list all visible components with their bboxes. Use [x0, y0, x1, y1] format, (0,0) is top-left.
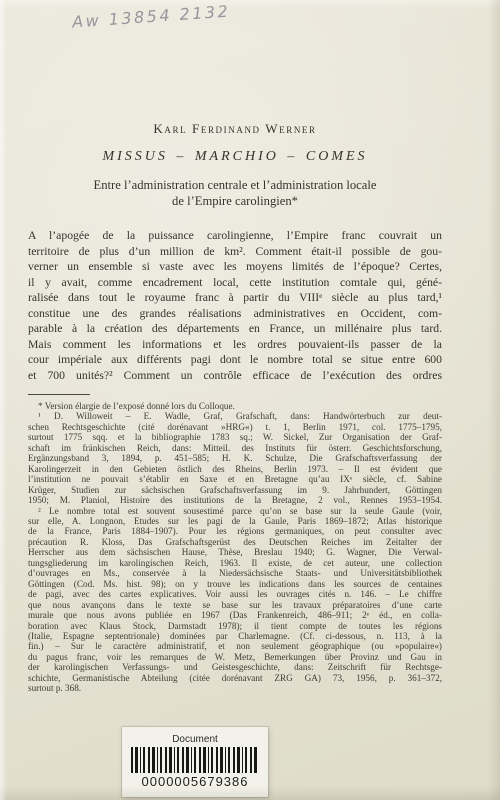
- footnote-text-line: ² Le nombre total est souvent sousestimé…: [28, 506, 442, 516]
- handwritten-shelfmark: Aw 13854 2132: [72, 2, 231, 32]
- body-text-line: parable à la création des départements e…: [28, 321, 442, 337]
- body-text-line: ralisée dans tout le royaume franc à par…: [28, 290, 442, 306]
- footnote-text-line: * Version élargie de l’exposé donné lors…: [28, 401, 442, 411]
- footnote-text-line: Herrscher aus dem sächsischen Hause, Thè…: [28, 547, 442, 557]
- footnote-text-line: tungsgliederung im karolingischen Reich,…: [28, 558, 442, 568]
- library-barcode-label: Document 0000005679386: [122, 727, 268, 797]
- footnote-text-line: (Italie, Espagne septentrionale) dominée…: [28, 631, 442, 641]
- footnote-text-line: fin.) – Sur le caractère administratif, …: [28, 641, 442, 651]
- footnote-text-line: schen Rechtsgeschichte (cité dorénavant …: [28, 422, 442, 432]
- footnote-text-line: d’ouvrages en Ms., conservée à la Nieder…: [28, 568, 442, 578]
- footnote-text-line: surtout p. 368.: [28, 683, 442, 693]
- footnote-text-line: que nous avançons dans le texte se base …: [28, 600, 442, 610]
- footnote-text-line: Karolingerzeit in den Gebieten östlich d…: [28, 464, 442, 474]
- footnote-text-line: der karolingischen Verfassungs- und Geis…: [28, 662, 442, 672]
- body-text-line: constitue une des grandes réalisations a…: [28, 306, 442, 322]
- scanned-document-page: Aw 13854 2132 Karl Ferdinand Werner MISS…: [0, 0, 500, 800]
- footnote-text-line: ¹ D. Willoweit – E. Wadle, Graf, Grafsch…: [28, 411, 442, 421]
- body-text-line: cour impériale aux différents pagi dont …: [28, 352, 442, 368]
- footnote-text-line: de la France, Paris 1884–1907). Pour les…: [28, 526, 442, 536]
- footnote-text-line: schaft im fränkischen Reich, dans: Mitte…: [28, 443, 442, 453]
- footnote-text-line: murale que nous avons publiée en 1967 (D…: [28, 610, 442, 620]
- barcode-caption: Document: [122, 734, 268, 745]
- body-text-line: Mais comment les informations et les ord…: [28, 337, 442, 353]
- footnote-text-line: Krüger, Studien zur sächsischen Grafscha…: [28, 485, 442, 495]
- barcode-number: 0000005679386: [122, 774, 268, 789]
- subtitle-line-2: de l’Empire carolingien*: [28, 193, 442, 209]
- footnote-separator-rule: [28, 394, 90, 395]
- barcode: [131, 747, 259, 773]
- footnote-text-line: boration avec Klaus Stock, Darmstadt 197…: [28, 621, 442, 631]
- footnote-text-line: précaution R. Kloss, Das Grafschaftsgerü…: [28, 537, 442, 547]
- article-title: MISSUS – MARCHIO – COMES: [28, 149, 442, 165]
- footnote-text-line: surtout 1775 sqq. et la bibliographie 17…: [28, 432, 442, 442]
- body-text-line: A l’apogée de la puissance carolingienne…: [28, 228, 442, 244]
- footnotes-block: * Version élargie de l’exposé donné lors…: [28, 401, 442, 694]
- footnote-text-line: du pagus franc, voir les remarques de W.…: [28, 652, 442, 662]
- footnote-text-line: de pagi, avec des cartes explicatives. V…: [28, 589, 442, 599]
- body-text-line: il y avait, comme encadrement local, cet…: [28, 275, 442, 291]
- body-paragraph: A l’apogée de la puissance carolingienne…: [28, 228, 442, 383]
- footnote-text-line: sur elle, A. Longnon, Etudes sur les pag…: [28, 516, 442, 526]
- footnote-text-line: Göttingen (Cod. Ms. hist. 98); on y trou…: [28, 579, 442, 589]
- footnote-text-line: schichte, Germanistische Abteilung (cité…: [28, 673, 442, 683]
- article-subtitle: Entre l’administration centrale et l’adm…: [28, 177, 442, 209]
- footnote-text-line: l’institution ne pouvait s’établir en Sa…: [28, 474, 442, 484]
- body-text-line: verner un ensemble si vaste avec les moy…: [28, 259, 442, 275]
- body-text-line: territoire de plus d’un million de km². …: [28, 244, 442, 260]
- footnote-text-line: 1950; M. Planiol, Histoire des instituti…: [28, 495, 442, 505]
- author-name: Karl Ferdinand Werner: [28, 121, 442, 137]
- footnote-text-line: Ergänzungsband 3, 1894, p. 451–585; H. K…: [28, 453, 442, 463]
- subtitle-line-1: Entre l’administration centrale et l’adm…: [28, 177, 442, 193]
- body-text-line: et 700 unités?² Comment un contrôle effi…: [28, 368, 442, 384]
